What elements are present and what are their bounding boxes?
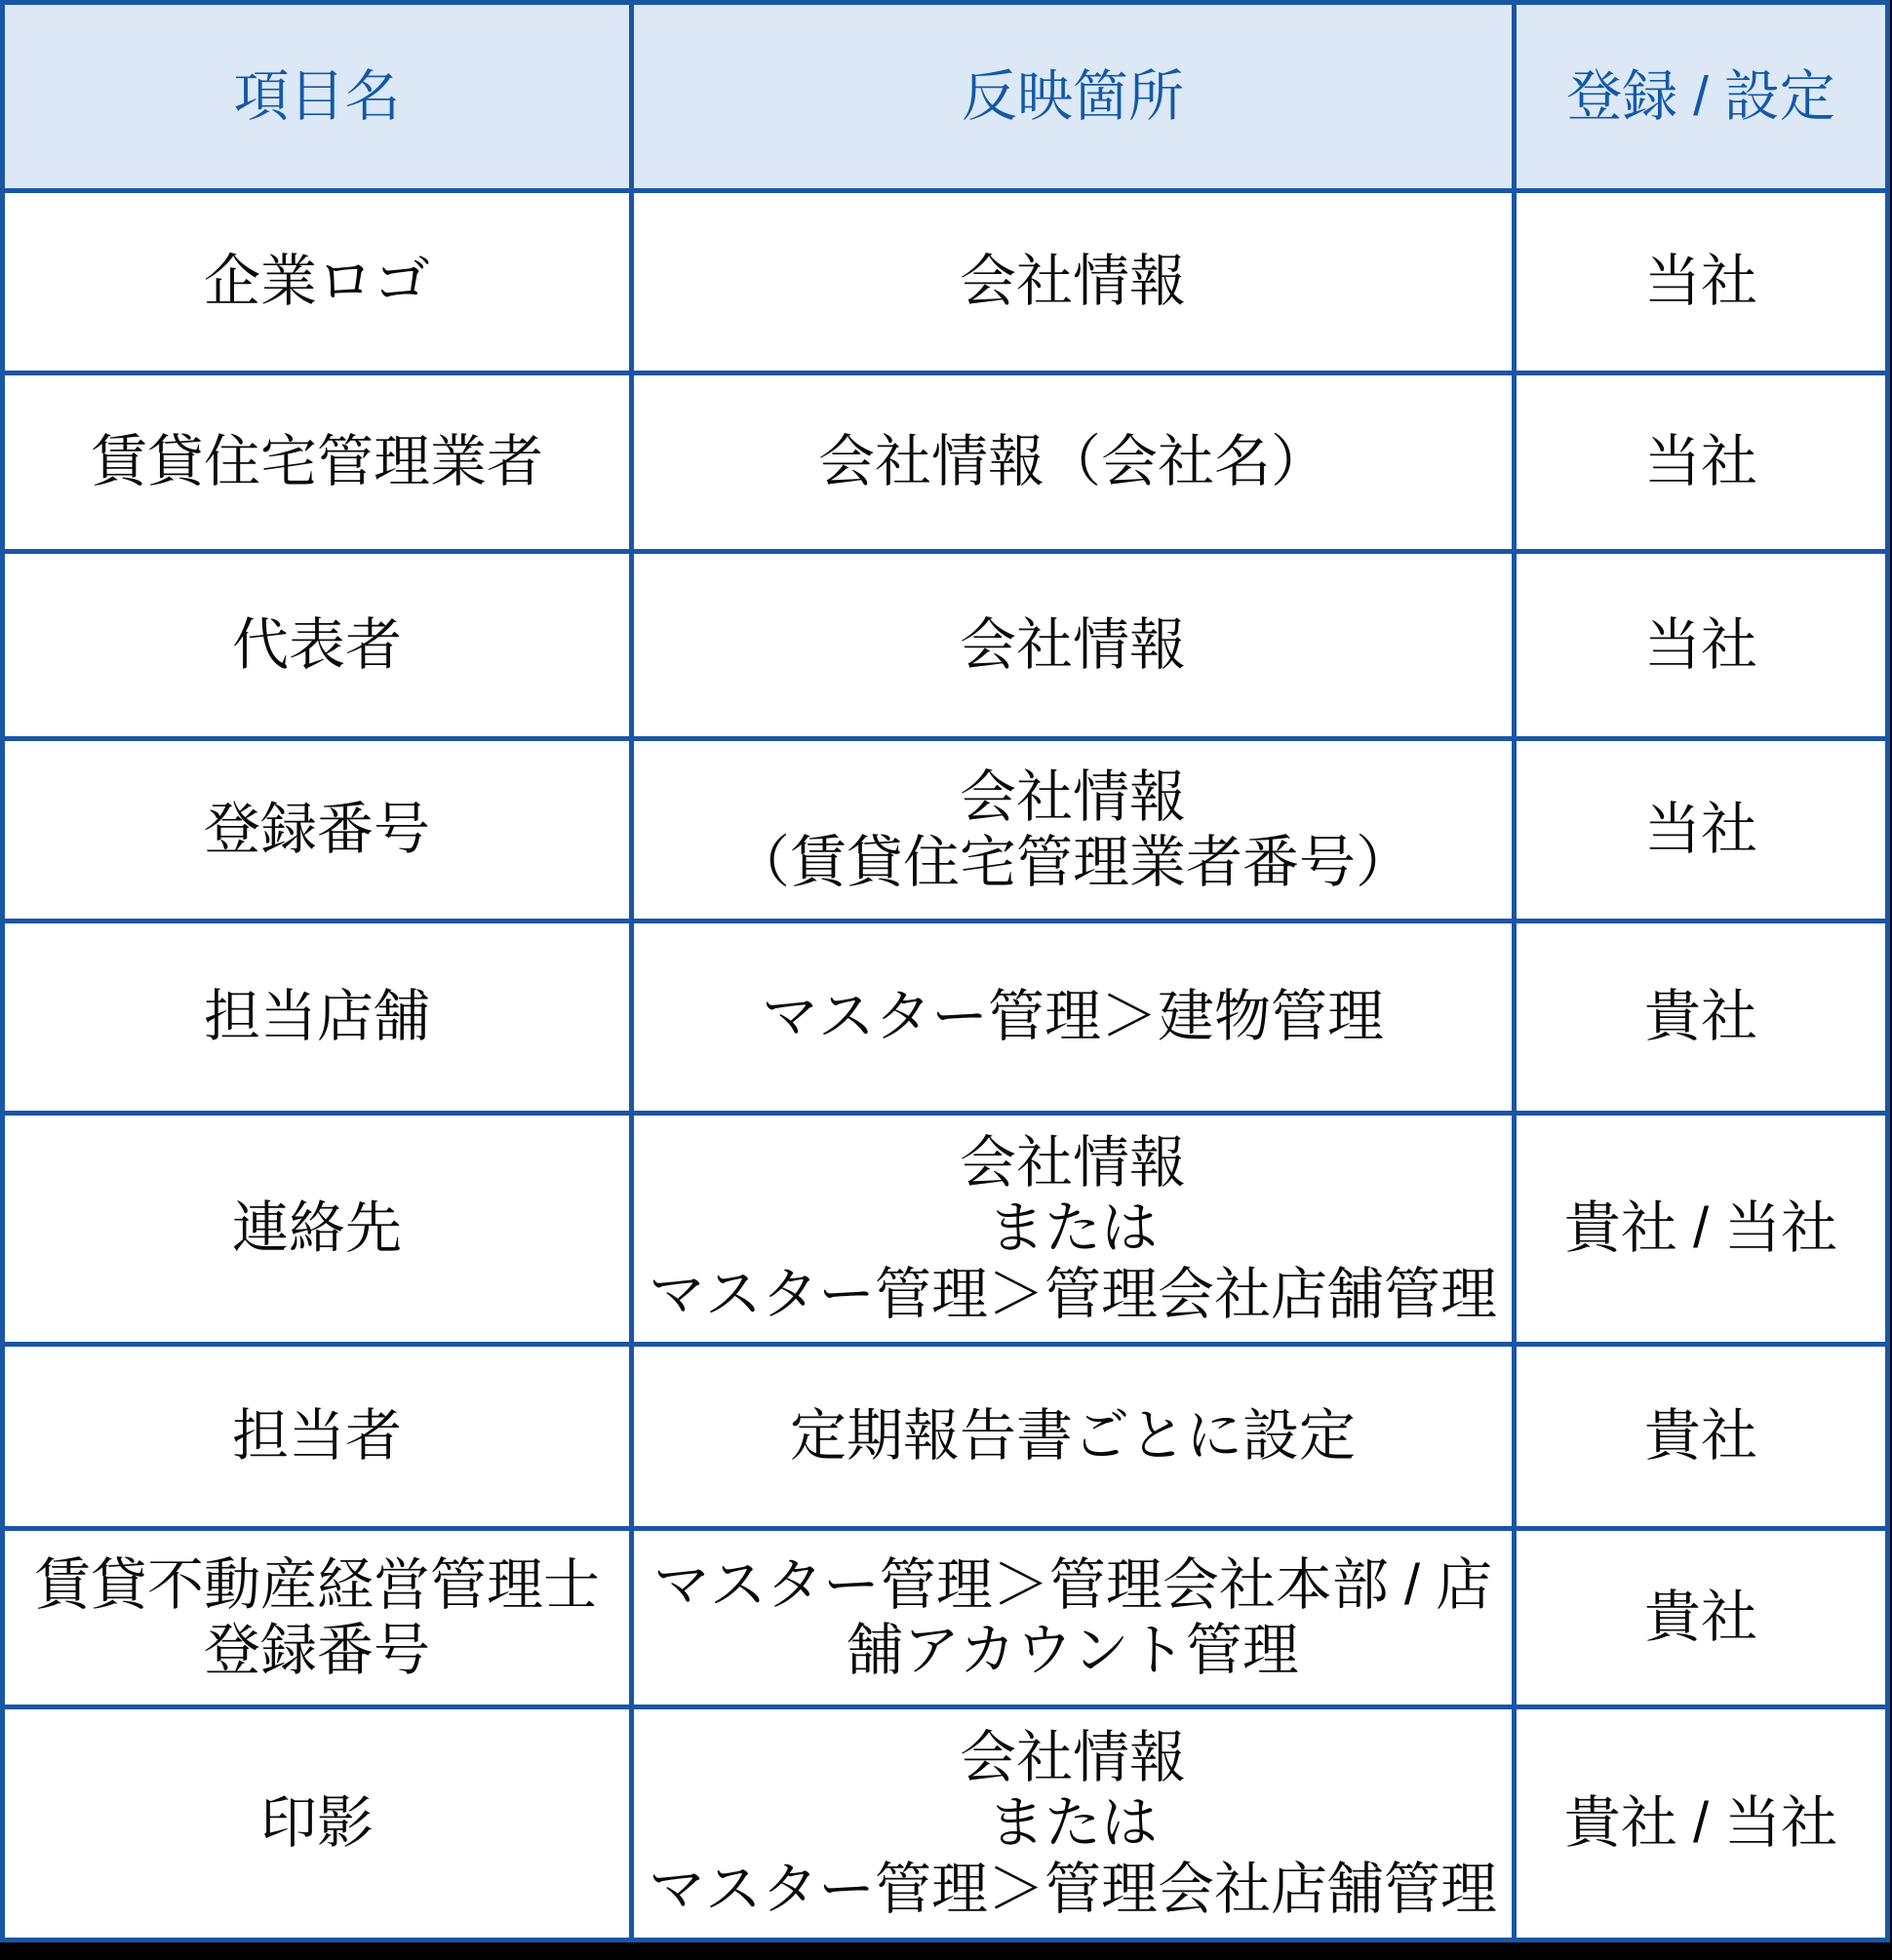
row-property-manager-license-location: マスター管理＞管理会社本部 / 店 舗アカウント管理 (634, 1531, 1512, 1705)
row-registration-number-registrant: 当社 (1517, 741, 1885, 919)
row-property-manager-license-registrant: 貴社 (1517, 1531, 1885, 1705)
row-representative-item: 代表者 (5, 554, 629, 736)
row-person-in-charge-registrant: 貴社 (1517, 1347, 1885, 1526)
row-person-in-charge-item: 担当者 (5, 1347, 629, 1526)
row-seal-location: 会社情報 または マスター管理＞管理会社店舗管理 (634, 1709, 1512, 1938)
header-cell-item-name: 項目名 (5, 5, 629, 188)
row-registration-number-location: 会社情報 （賃貸住宅管理業者番号） (634, 741, 1512, 919)
row-person-in-charge-location: 定期報告書ごとに設定 (634, 1347, 1512, 1526)
row-property-manager-license-item: 賃貸不動産経営管理士 登録番号 (5, 1531, 629, 1705)
page-background: 項目名 反映箇所 登録 / 設定 企業ロゴ 会社情報 当社 賃貸住宅管理業者 会… (0, 0, 1892, 1960)
row-seal-registrant: 貴社 / 当社 (1517, 1709, 1885, 1938)
row-representative-registrant: 当社 (1517, 554, 1885, 736)
mapping-table: 項目名 反映箇所 登録 / 設定 企業ロゴ 会社情報 当社 賃貸住宅管理業者 会… (0, 0, 1890, 1942)
row-contact-item: 連絡先 (5, 1116, 629, 1342)
row-company-logo-item: 企業ロゴ (5, 193, 629, 371)
row-registration-number-item: 登録番号 (5, 741, 629, 919)
header-cell-registration-setting: 登録 / 設定 (1517, 5, 1885, 188)
row-company-logo-registrant: 当社 (1517, 193, 1885, 371)
row-store-in-charge-location: マスター管理＞建物管理 (634, 923, 1512, 1111)
row-store-in-charge-item: 担当店舗 (5, 923, 629, 1111)
row-store-in-charge-registrant: 貴社 (1517, 923, 1885, 1111)
row-company-logo-location: 会社情報 (634, 193, 1512, 371)
row-representative-location: 会社情報 (634, 554, 1512, 736)
header-cell-reflection-location: 反映箇所 (634, 5, 1512, 188)
row-rental-manager-registrant: 当社 (1517, 375, 1885, 549)
row-rental-manager-location: 会社情報（会社名） (634, 375, 1512, 549)
row-contact-location: 会社情報 または マスター管理＞管理会社店舗管理 (634, 1116, 1512, 1342)
row-rental-manager-item: 賃貸住宅管理業者 (5, 375, 629, 549)
row-contact-registrant: 貴社 / 当社 (1517, 1116, 1885, 1342)
row-seal-item: 印影 (5, 1709, 629, 1938)
